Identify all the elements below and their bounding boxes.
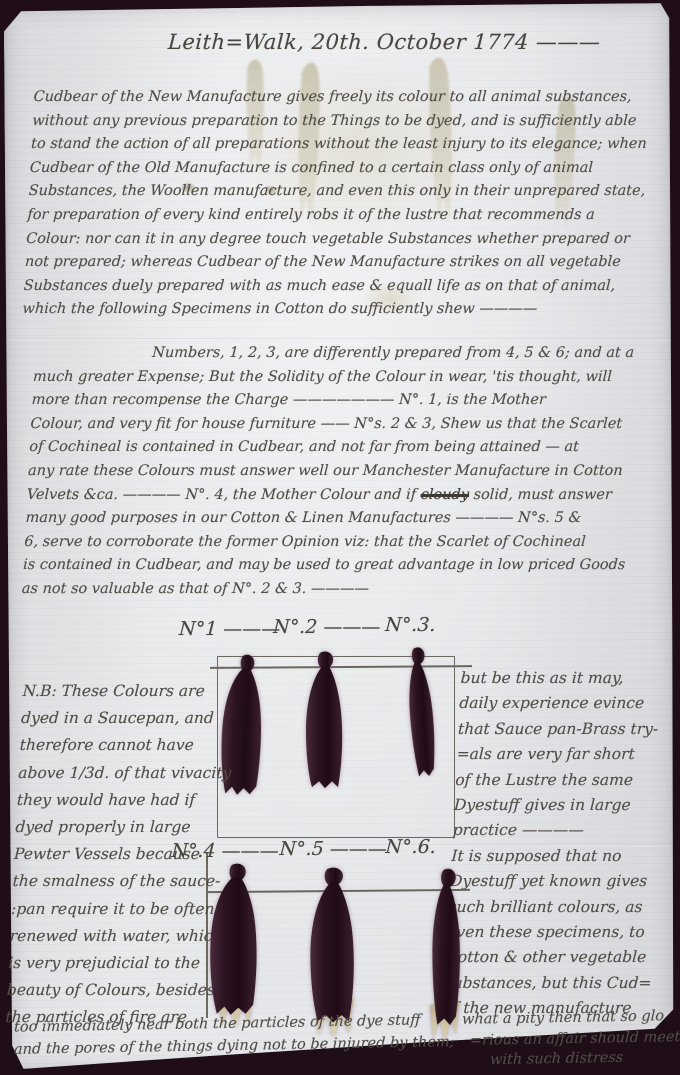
text-line: Substances, the Woollen manufacture, and…	[28, 180, 661, 204]
specimen-tassel-4	[203, 862, 267, 1034]
text-line: many good purposes in our Cotton & Linen…	[25, 507, 658, 531]
text-line: much greater Expense; But the Solidity o…	[32, 366, 665, 390]
text-segment: Velvets &ca. ———— N°. 4, the Mother Colo…	[26, 487, 421, 503]
text-line: for preparation of every kind entirely r…	[27, 204, 660, 228]
bottom-text-line: =rious an affair should meet	[470, 1029, 680, 1049]
text-line: =als are very far short	[456, 742, 680, 767]
text-line: 6, serve to corroborate the former Opini…	[24, 531, 657, 555]
text-line: :pan require it to be often	[10, 896, 216, 923]
specimen-label-4: N°.4 ———	[171, 840, 279, 862]
text-line: more than recompense the Charge ——————— …	[31, 389, 664, 413]
struck-out-word: cloudy	[420, 487, 469, 503]
text-line: dyed in a Saucepan, and	[20, 705, 226, 732]
text-line: which the following Specimens in Cotton …	[22, 298, 655, 322]
text-line: as not so valuable as that of N°. 2 & 3.…	[21, 578, 654, 602]
text-line: Cotton & other vegetable	[445, 945, 672, 970]
text-line: It is supposed that no	[451, 844, 678, 869]
text-line: Colour, and very fit for house furniture…	[30, 413, 663, 437]
right-column: but be this as it may, daily experience …	[443, 666, 680, 1022]
text-line: to stand the action of all preparations …	[30, 133, 663, 157]
text-line: not prepared; whereas Cudbear of the New…	[24, 251, 657, 275]
specimen-label-1: N°1 ———	[178, 618, 280, 640]
text-line: daily experience evince	[459, 691, 680, 716]
text-line: the smalness of the sauce-	[12, 868, 218, 895]
text-line: Dyestuff gives in large	[453, 793, 680, 818]
text-line: any rate these Colours must answer well …	[27, 460, 660, 484]
specimen-tassel-2	[294, 650, 354, 798]
text-line: is contained in Cudbear, and may be used…	[22, 554, 655, 578]
paragraph-2: Numbers, 1, 2, 3, are differently prepar…	[21, 342, 667, 602]
text-line: N.B: These Colours are	[22, 678, 228, 705]
text-line: without any previous preparation to the …	[32, 110, 665, 134]
text-line: renewed with water, which	[9, 923, 215, 950]
specimen-label-2: N°.2 ———	[273, 616, 381, 638]
text-line: practice ————	[452, 818, 679, 843]
text-line: Dyestuff yet known gives	[449, 869, 676, 894]
text-line: Numbers, 1, 2, 3, are differently prepar…	[34, 342, 667, 366]
text-line: therefore cannot have	[19, 732, 225, 759]
fold-crease	[10, 338, 670, 341]
specimen-tassel-3	[388, 646, 446, 794]
text-line: of Cochineal is contained in Cudbear, an…	[29, 436, 662, 460]
specimen-label-3: N°.3.	[385, 614, 436, 636]
text-line: dyed properly in large	[15, 814, 221, 841]
dateline: Leith=Walk, 20th. October 1774 ———	[167, 30, 601, 54]
manuscript-scan: Leith=Walk, 20th. October 1774 ——— Cudbe…	[0, 0, 680, 1075]
text-line: Cudbear of the New Manufacture gives fre…	[33, 86, 666, 110]
paragraph-1: Cudbear of the New Manufacture gives fre…	[22, 86, 666, 322]
specimen-label-6: N°.6.	[385, 836, 436, 858]
text-line-with-strikeout: Velvets &ca. ———— N°. 4, the Mother Colo…	[26, 484, 659, 508]
text-line: but be this as it may,	[460, 666, 680, 691]
text-line: is very prejudicial to the	[8, 950, 214, 977]
text-line: above 1/3d. of that vivacity	[18, 760, 224, 787]
text-line: even these specimens, to	[447, 920, 674, 945]
text-line: such brilliant colours, as	[448, 895, 675, 920]
text-line: Substances duely prepared with as much e…	[23, 275, 656, 299]
text-line: substances, but this Cud=	[444, 971, 671, 996]
text-line: they would have had if	[16, 787, 222, 814]
text-line: Cudbear of the Old Manufacture is confin…	[29, 157, 662, 181]
text-line: Colour: nor can it in any degree touch v…	[26, 228, 659, 252]
text-line: that Sauce pan-Brass try-	[457, 717, 680, 742]
specimen-label-5: N°.5 ———	[279, 838, 387, 860]
text-line: of the Lustre the same	[455, 768, 680, 793]
bottom-text-line: with such distress	[490, 1050, 624, 1068]
text-line: beauty of Colours, besides,	[6, 977, 212, 1004]
text-segment: solid, must answer	[469, 487, 613, 503]
